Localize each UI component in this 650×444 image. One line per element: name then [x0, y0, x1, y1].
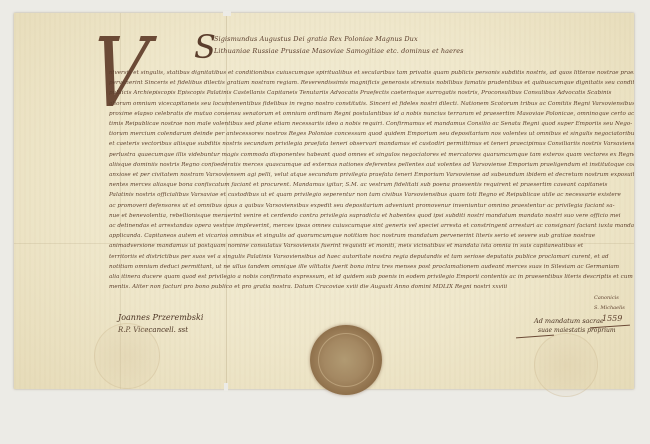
- text-line: notitiam omnium deduci permittant, ut ne…: [109, 262, 634, 272]
- text-line: ac detinendas et arrestandas opera vestr…: [109, 221, 634, 231]
- parchment-notch-top: [223, 11, 231, 16]
- text-line: pervenerint Sinceris et fidelibus dilect…: [109, 78, 634, 88]
- parchment-document: V S Sigismundus Augustus Dei gratia Rex …: [14, 13, 634, 389]
- text-line: nue et benevolentia, rebellionisque meru…: [109, 211, 634, 221]
- signature-right-line-2: suae maiestatis proprium: [538, 327, 616, 334]
- signature-right-line-1: Ad mandatum sacrae: [534, 317, 604, 325]
- parchment-notch-bottom: [224, 383, 228, 391]
- faded-stamp-right: [534, 333, 598, 397]
- text-line: Palatinis nostris officialibus Varsaviae…: [109, 190, 634, 200]
- text-line: mentis. Aliter non facturi pro bono publ…: [109, 282, 634, 292]
- faded-stamp-left: [94, 323, 160, 389]
- text-line: territoriis et districtibus per suos vel…: [109, 252, 634, 262]
- signature-left-name: Joannes Przerembski: [118, 313, 203, 322]
- text-line: anxiose et per civitatem nostram Varsovi…: [109, 170, 634, 180]
- heading-line-1: Sigismundus Augustus Dei gratia Rex Polo…: [214, 35, 418, 43]
- wax-seal: [310, 325, 382, 395]
- text-line: proxime elapso celebratis de mutuo conse…: [109, 109, 634, 119]
- text-line: aliorum omnium vicecapitaneis seu locumt…: [109, 99, 634, 109]
- marginal-year: 1559: [602, 314, 622, 323]
- text-line: ac promoveri defensores ut et omnibus op…: [109, 201, 634, 211]
- text-line: niversis et singulis, statibus dignitati…: [109, 68, 634, 78]
- text-line: timis Reipublicae nostrae non male volen…: [109, 119, 634, 129]
- text-line: tiorum mercium colendarum deinde per ant…: [109, 129, 634, 139]
- marginal-note-sub: S. Michaelis: [594, 305, 625, 311]
- text-line: publicis Archiepiscopis Episcopis Palati…: [109, 88, 634, 98]
- initial-s: S: [194, 31, 216, 63]
- charter-body: niversis et singulis, statibus dignitati…: [109, 68, 634, 292]
- text-line: applicanda. Capitaneos autem et vicarios…: [109, 231, 634, 241]
- text-line: et caeteris vectoribus aliisque subditis…: [109, 139, 634, 149]
- marginal-note: Canonicis: [594, 295, 619, 301]
- text-line: alia itinera ducere quam quod est privil…: [109, 272, 634, 282]
- text-line: aliisque dominiis nostris Regno confoede…: [109, 160, 634, 170]
- heading-line-2: Lithuaniae Russiae Prussiae Masoviae Sam…: [214, 47, 464, 55]
- text-line: nentes merces aliasque bona confiscatum …: [109, 180, 634, 190]
- text-line: animadversione mandamus ut postquam nomi…: [109, 241, 634, 251]
- text-line: perlustra quaecumque illis videbuntur ma…: [109, 150, 634, 160]
